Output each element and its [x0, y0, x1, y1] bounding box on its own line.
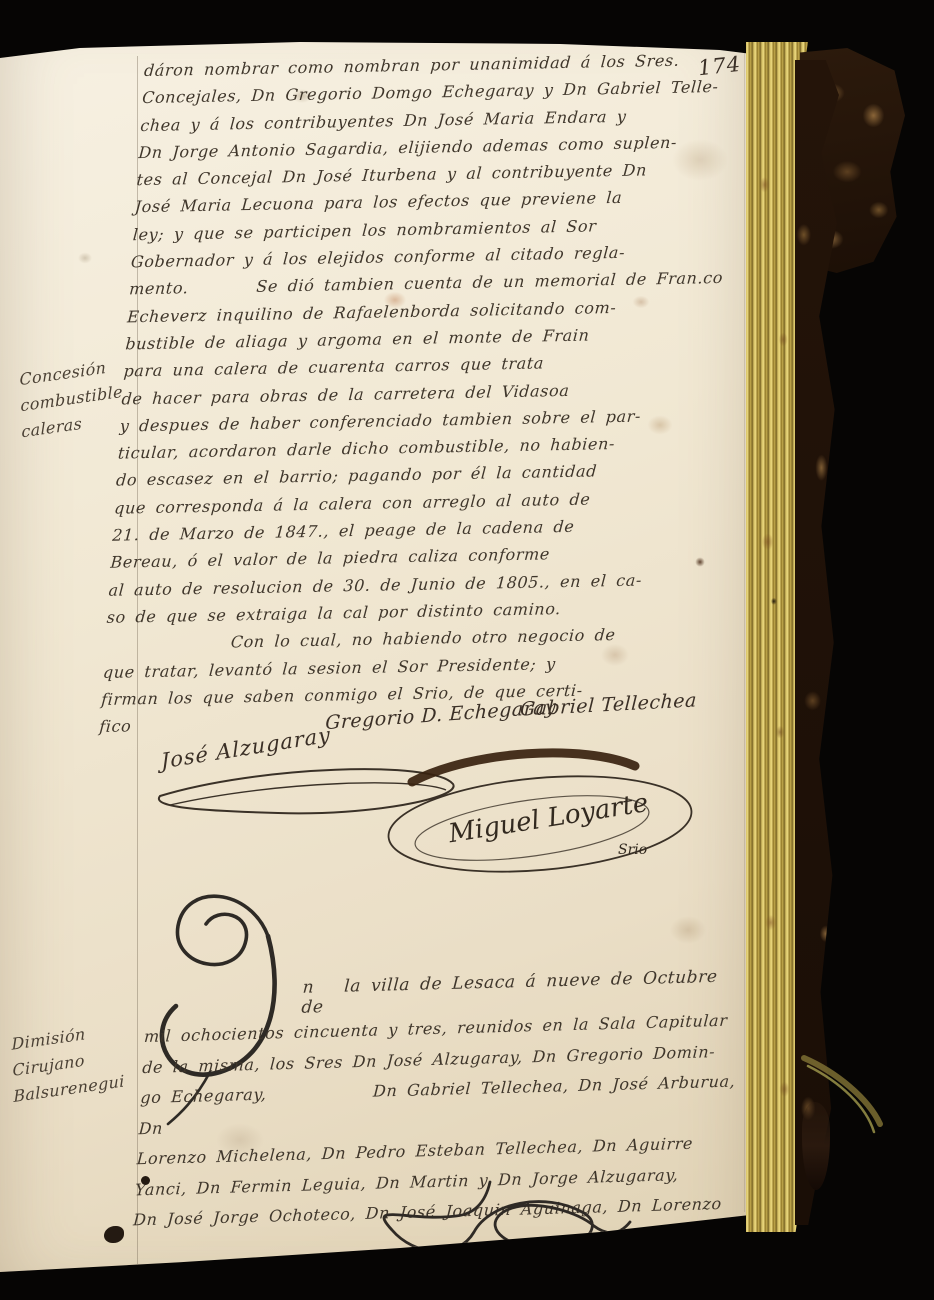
- margin-note-concesion: Concesión combustible caleras: [19, 353, 124, 446]
- bookmark-tassel: [796, 1040, 906, 1150]
- act1-body-text: dáron nombrar como nombran por unanimida…: [98, 45, 746, 740]
- ink-blot-small: [141, 1176, 150, 1185]
- manuscript-page: 174 Concesión combustible caleras Dimisi…: [0, 0, 752, 1300]
- margin-note-dimision: Dimisión Cirujano Balsurenegui: [11, 1016, 125, 1110]
- book-photo: 174 Concesión combustible caleras Dimisi…: [0, 0, 934, 1300]
- ink-blot-large: [104, 1226, 124, 1243]
- bottom-flourish: [338, 1178, 638, 1278]
- secretary-rubric: Miguel Loyarte Srio: [380, 742, 710, 887]
- signature-secretary-title: Srio: [618, 842, 647, 858]
